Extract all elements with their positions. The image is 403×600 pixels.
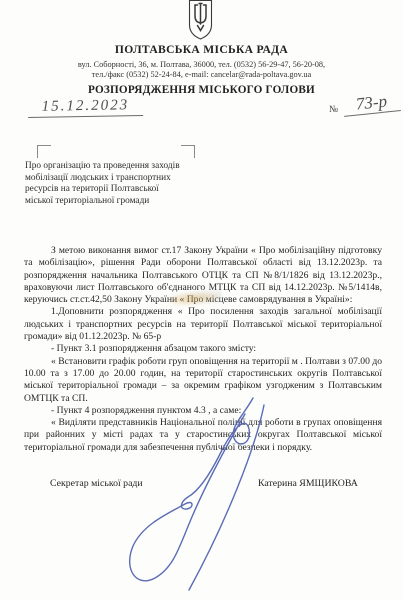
signer-name: Катерина ЯМЩИКОВА [258, 478, 358, 489]
corner-mark-right [181, 145, 195, 158]
ukraine-trident-emblem [187, 0, 214, 40]
address-line-2: тел./факс (0532) 52-24-84, e-mail: cance… [0, 70, 403, 80]
subject-line: мобілізації людських і транспортних [25, 173, 195, 185]
handwritten-signature [103, 392, 303, 597]
signer-title: Секретар міської ради [50, 478, 143, 489]
body-paragraph: 1.Доповнити розпорядження « Про посиленн… [24, 306, 382, 343]
handwritten-date: 15.12.2023 [28, 97, 143, 118]
address-line-1: вул. Соборності, 36, м. Полтава, 36000, … [0, 60, 403, 70]
body-paragraph: З метою виконання вимог ст.17 Закону Укр… [24, 245, 382, 306]
document-type-title: РОЗПОРЯДЖЕННЯ МІСЬКОГО ГОЛОВИ [0, 84, 403, 96]
organization-address: вул. Соборності, 36, м. Полтава, 36000, … [0, 60, 403, 81]
handwritten-document-number: 73-р [342, 90, 401, 117]
subject-line: ресурсів на території Полтавської [25, 184, 195, 196]
corner-mark-left [37, 145, 51, 158]
organization-name: ПОЛТАВСЬКА МІСЬКА РАДА [0, 43, 403, 56]
document-subject: Про організацію та проведення заходів мо… [25, 161, 195, 207]
number-label: № [329, 105, 338, 115]
document-page: ПОЛТАВСЬКА МІСЬКА РАДА вул. Соборності, … [0, 0, 403, 600]
subject-line: міської територіальної громади [25, 196, 195, 208]
body-paragraph: - Пункт 3.1 розпорядження абзацом такого… [24, 343, 382, 355]
subject-line: Про організацію та проведення заходів [25, 161, 195, 173]
